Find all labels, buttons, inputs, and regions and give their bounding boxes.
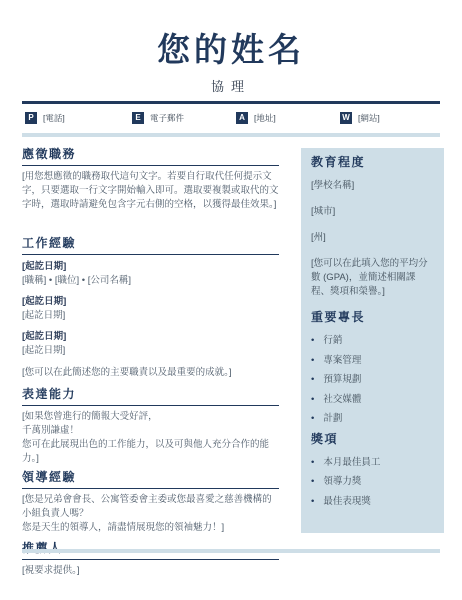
award-item: •本月最佳員工 — [311, 456, 434, 469]
section-objective-heading: 應徵職務 — [22, 147, 279, 166]
bullet-icon: • — [311, 495, 314, 508]
job-title: 協理 — [0, 79, 462, 94]
experience-entries: [起訖日期] [職稱] • [職位] • [公司名稱] [起訖日期] [起訖日期… — [22, 260, 279, 357]
education-gpa-note: [您可以在此填入您的平均分數 (GPA)，並簡述相關課程、獎項和榮譽。] — [311, 257, 434, 299]
experience-entry: [起訖日期] [職稱] • [職位] • [公司名稱] — [22, 260, 279, 287]
contact-email-label: 電子郵件 — [150, 112, 184, 124]
section-awards-heading: 獎項 — [311, 432, 434, 447]
bullet-icon: • — [311, 393, 314, 406]
experience-entry: [起訖日期] [起訖日期] — [22, 330, 279, 357]
award-item: •最佳表現獎 — [311, 495, 434, 508]
bullet-icon: • — [311, 354, 314, 367]
header-accent-bar — [22, 133, 440, 137]
experience-role: [起訖日期] — [22, 309, 279, 322]
skill-item: •社交媒體 — [311, 393, 434, 406]
experience-dates: [起訖日期] — [22, 330, 279, 343]
bullet-icon: • — [311, 475, 314, 488]
section-communication-heading: 表達能力 — [22, 387, 279, 406]
skill-item: •行銷 — [311, 334, 434, 347]
address-icon: A — [236, 112, 248, 124]
education-state: [州] — [311, 231, 434, 244]
leadership-line: 您是天生的領導人，請盡情展現您的領袖魅力！] — [22, 521, 279, 535]
resume-page: 您的姓名 協理 P [電話] E 電子郵件 A [地址] W [網站] 應徵職務… — [0, 0, 462, 600]
education-school: [學校名稱] — [311, 179, 434, 192]
skill-item: •計劃 — [311, 412, 434, 425]
communication-line: 您可在此展現出色的工作能力，以及可與他人充分合作的能力。] — [22, 438, 279, 466]
contact-address-label: [地址] — [254, 112, 276, 124]
contact-website-label: [網站] — [358, 112, 380, 124]
section-skills-heading: 重要專長 — [311, 310, 434, 325]
awards-list: •本月最佳員工 •領導力獎 •最佳表現獎 — [311, 456, 434, 508]
section-leadership-heading: 領導經驗 — [22, 470, 279, 489]
experience-dates: [起訖日期] — [22, 260, 279, 273]
section-education-heading: 教育程度 — [311, 155, 434, 170]
website-icon: W — [340, 112, 352, 124]
sidebar-panel: 教育程度 [學校名稱] [城市] [州] [您可以在此填入您的平均分數 (GPA… — [301, 148, 444, 533]
footer-accent-bar — [22, 549, 440, 553]
skill-label: 計劃 — [323, 412, 342, 425]
skill-label: 專案管理 — [323, 354, 361, 367]
contact-phone: P [電話] — [25, 112, 65, 124]
references-text: [視要求提供。] — [22, 564, 279, 578]
skill-label: 行銷 — [323, 334, 342, 347]
communication-line: [如果您曾進行的簡報大受好評， — [22, 410, 279, 424]
skill-item: •預算規劃 — [311, 373, 434, 386]
skill-item: •專案管理 — [311, 354, 434, 367]
bullet-icon: • — [311, 334, 314, 347]
contact-phone-label: [電話] — [43, 112, 65, 124]
award-label: 領導力獎 — [323, 475, 361, 488]
leadership-text: [您是兄弟會會長、公寓管委會主委或您最喜愛之慈善機構的小組負責人嗎？ 您是天生的… — [22, 493, 279, 535]
resume-name: 您的姓名 — [0, 0, 462, 70]
communication-line: 千萬別謙虛！ — [22, 424, 279, 438]
objective-text: [用您想應徵的職務取代這句文字。若要自行取代任何提示文字，只要選取一行文字開始輸… — [22, 170, 279, 212]
bullet-icon: • — [311, 373, 314, 386]
contact-row: P [電話] E 電子郵件 A [地址] W [網站] — [0, 104, 462, 133]
section-experience: 工作經驗 [起訖日期] [職稱] • [職位] • [公司名稱] [起訖日期] … — [22, 236, 279, 380]
contact-email: E 電子郵件 — [132, 112, 184, 124]
award-item: •領導力獎 — [311, 475, 434, 488]
education-city: [城市] — [311, 205, 434, 218]
section-experience-heading: 工作經驗 — [22, 236, 279, 255]
bullet-icon: • — [311, 456, 314, 469]
section-references: 推薦人 [視要求提供。] — [22, 541, 279, 578]
section-communication: 表達能力 [如果您曾進行的簡報大受好評， 千萬別謙虛！ 您可在此展現出色的工作能… — [22, 387, 279, 466]
skill-label: 預算規劃 — [323, 373, 361, 386]
communication-text: [如果您曾進行的簡報大受好評， 千萬別謙虛！ 您可在此展現出色的工作能力，以及可… — [22, 410, 279, 466]
skills-list: •行銷 •專案管理 •預算規劃 •社交媒體 •計劃 — [311, 334, 434, 425]
award-label: 最佳表現獎 — [323, 495, 371, 508]
main-column: 應徵職務 [用您想應徵的職務取代這句文字。若要自行取代任何提示文字，只要選取一行… — [22, 147, 279, 578]
experience-summary: [您可以在此簡述您的主要職責以及最重要的成就。] — [22, 366, 279, 380]
email-icon: E — [132, 112, 144, 124]
section-objective: 應徵職務 [用您想應徵的職務取代這句文字。若要自行取代任何提示文字，只要選取一行… — [22, 147, 279, 212]
phone-icon: P — [25, 112, 37, 124]
skill-label: 社交媒體 — [323, 393, 361, 406]
contact-address: A [地址] — [236, 112, 276, 124]
experience-role: [職稱] • [職位] • [公司名稱] — [22, 274, 279, 287]
experience-role: [起訖日期] — [22, 344, 279, 357]
experience-entry: [起訖日期] [起訖日期] — [22, 295, 279, 322]
section-leadership: 領導經驗 [您是兄弟會會長、公寓管委會主委或您最喜愛之慈善機構的小組負責人嗎？ … — [22, 470, 279, 535]
bullet-icon: • — [311, 412, 314, 425]
leadership-line: [您是兄弟會會長、公寓管委會主委或您最喜愛之慈善機構的小組負責人嗎？ — [22, 493, 279, 521]
award-label: 本月最佳員工 — [323, 456, 380, 469]
contact-website: W [網站] — [340, 112, 380, 124]
experience-dates: [起訖日期] — [22, 295, 279, 308]
